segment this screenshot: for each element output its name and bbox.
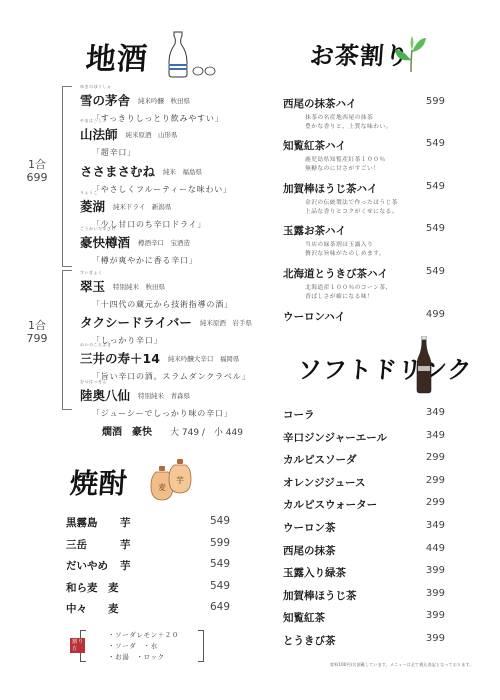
tea-desc: 当店の緑茶割は玉露入り贅沢な旨味がたのしめます。 — [305, 241, 445, 259]
tea-name: ウーロンハイ — [283, 309, 445, 324]
badge-char: 方 — [72, 646, 77, 653]
drink-price: 399 — [426, 633, 445, 644]
tea-price: 549 — [426, 138, 445, 149]
shochu-kind: 芋 — [120, 537, 131, 552]
sake-meta: 特別純米 青森県 — [138, 391, 190, 400]
shochu-kind: 芋 — [120, 558, 131, 573]
soft-drink-row: オレンジジュース299 — [283, 475, 445, 490]
tea-item: 加賀棒ほうじ茶ハイ 549 金沢の伝統製法で作ったほうじ茶上品な香りとコクがくせ… — [283, 181, 445, 217]
drink-price: 299 — [426, 452, 445, 463]
shochu-kind: 芋 — [120, 515, 131, 530]
sake-name: 陸奥八仙 — [80, 386, 130, 404]
drink-price: 299 — [426, 475, 445, 486]
furigana — [80, 306, 252, 312]
sake-name: 山法師 — [80, 125, 118, 143]
wari-options-list: ・ソーダレモン＋２０ ・ソーダ ・水 ・お湯 ・ロック — [108, 630, 179, 663]
group-label-unit: 1合 — [22, 158, 52, 171]
soft-drink-row: コーラ349 — [283, 407, 445, 422]
drink-name: 西尾の抹茶 — [283, 545, 336, 557]
tea-desc-line: 上品な香りとコクがくせになる。 — [305, 208, 445, 217]
shochu-row: 黒霧島 芋 549 — [66, 515, 226, 530]
sake-bottle-icon — [166, 30, 218, 78]
sake-meta: 樽酒辛口 宝酒造 — [138, 238, 190, 247]
tea-leaf-icon — [394, 34, 428, 74]
drink-name: ウーロン茶 — [283, 522, 336, 534]
drink-price: 349 — [426, 430, 445, 441]
soft-drink-row: 玉露入り緑茶399 — [283, 565, 445, 580]
sake-item: すいぎょく 翠玉特別純米 秋田県 「十四代の蔵元から技術指導の酒」 — [80, 270, 233, 310]
tea-price: 549 — [426, 181, 445, 192]
drink-price: 349 — [426, 520, 445, 531]
drink-price: 399 — [426, 588, 445, 599]
sake-item: ごうかいたるざけ 豪快樽酒樽酒辛口 宝酒造 「樽が爽やかに香る辛口」 — [80, 226, 198, 266]
tea-desc-line: 北海道産１００％のコーン茶、 — [305, 284, 445, 293]
sake-meta: 純米原酒 岩手県 — [200, 318, 252, 327]
soft-drink-row: カルピスソーダ299 — [283, 452, 445, 467]
tea-desc-line: 香ばしさが癖になる味！ — [305, 293, 445, 302]
shochu-kind: 麦 — [108, 601, 119, 616]
group-label-price: 799 — [22, 332, 52, 345]
tea-desc: 金沢の伝統製法で作ったほうじ茶上品な香りとコクがくせになる。 — [305, 199, 445, 217]
furigana: ゆきのぼうしゃ — [80, 84, 224, 90]
tea-item: 西尾の抹茶ハイ 599 抹茶の名産地西尾の抹茶豊かな香りと、上質な味わい。 — [283, 96, 445, 132]
sake-item: むつはっせん 陸奥八仙特別純米 青森県 「ジューシーでしっかり味の辛口」 — [80, 379, 232, 419]
tea-desc-line: 無糖なのに甘さがすごい！ — [305, 165, 445, 174]
drink-name: コーラ — [283, 409, 315, 421]
tea-name: 西尾の抹茶ハイ — [283, 96, 445, 111]
furigana: やまはうし — [80, 118, 178, 124]
sake-name: 翠玉 — [80, 277, 105, 295]
shochu-name: 三岳 — [66, 539, 87, 551]
soft-drink-row: ウーロン茶349 — [283, 520, 445, 535]
wari-option: ・ソーダレモン＋２０ — [108, 630, 179, 641]
sake-item: やまはうし 山法師純米原酒 山形県 「超辛口」 — [80, 118, 178, 158]
sake-item: タクシードライバー純米原酒 岩手県 「しっかり辛口」 — [80, 306, 252, 346]
soft-drink-section-title: ソフトドリンク — [297, 350, 474, 385]
tea-price: 599 — [426, 96, 445, 107]
kanzake-row: 燗酒 豪快大 749 / 小 449 — [102, 423, 243, 438]
shochu-row: 和ら麦 麦 549 — [66, 580, 226, 595]
sake-meta: 純米吟醸 秋田県 — [138, 96, 190, 105]
shochu-name: 和ら麦 — [66, 582, 98, 594]
badge-char: り — [78, 639, 83, 646]
bracket-right — [198, 630, 204, 662]
soft-drink-row: 辛口ジンジャーエール349 — [283, 430, 445, 445]
tea-desc: 鹿児島県知覧産紅茶１００％無糖なのに甘さがすごい！ — [305, 156, 445, 174]
sake-meta: 特別純米 秋田県 — [113, 282, 165, 291]
wari-option: ・ソーダ ・水 — [108, 641, 179, 652]
sake-section-title: 地酒 — [84, 34, 149, 78]
shochu-price: 549 — [210, 515, 230, 527]
tea-item: 北海道とうきび茶ハイ 549 北海道産１００％のコーン茶、香ばしさが癖になる味！ — [283, 266, 445, 302]
furigana: りょうこ — [80, 190, 206, 196]
shochu-name: 黒霧島 — [66, 517, 98, 529]
drink-price: 449 — [426, 543, 445, 554]
jar-label-mugi: 麦 — [158, 482, 166, 492]
tea-name: 知覧紅茶ハイ — [283, 138, 445, 153]
kanzake-label: 燗酒 豪快 — [102, 427, 152, 438]
wari-option: ・お湯 ・ロック — [108, 652, 179, 663]
drink-price: 299 — [426, 497, 445, 508]
tea-desc-line: 豊かな香りと、上質な味わい。 — [305, 123, 445, 132]
drink-name: 加賀棒ほうじ茶 — [283, 590, 357, 602]
drink-name: オレンジジュース — [283, 477, 365, 489]
drink-price: 399 — [426, 565, 445, 576]
shochu-row: 三岳 芋 599 — [66, 537, 226, 552]
sake-name: 菱湖 — [80, 197, 105, 215]
shochu-row: だいやめ 芋 549 — [66, 558, 226, 573]
drink-name: 玉露入り緑茶 — [283, 567, 346, 579]
soft-drink-row: とうきび茶399 — [283, 633, 445, 648]
tea-item: ウーロンハイ 499 — [283, 309, 445, 324]
drink-price: 349 — [426, 407, 445, 418]
drink-name: カルピスソーダ — [283, 454, 357, 466]
sake-item: ささまさむね純米 福島県 「やさしくフルーティーな味わい」 — [80, 155, 232, 195]
furigana: みいのことぶき — [80, 342, 250, 348]
furigana: ごうかいたるざけ — [80, 226, 198, 232]
sake-item: みいのことぶき 三井の寿＋14純米吟醸大辛口 福岡県 「旨い辛口の酒。スラムダン… — [80, 342, 250, 382]
footer-note: 席料100円/名頂戴しています。メニューは全て税込表記となっております。 — [330, 662, 474, 668]
sake-name: 雪の茅舎 — [80, 91, 130, 109]
sake-desc: 「樽が爽やかに香る辛口」 — [92, 255, 198, 266]
badge-char: 割 — [72, 639, 77, 646]
soft-drink-row: 加賀棒ほうじ茶399 — [283, 588, 445, 603]
tea-desc-line: 金沢の伝統製法で作ったほうじ茶 — [305, 199, 445, 208]
tea-item: 知覧紅茶ハイ 549 鹿児島県知覧産紅茶１００％無糖なのに甘さがすごい！ — [283, 138, 445, 174]
sake-name: タクシードライバー — [80, 313, 192, 331]
tea-price: 499 — [426, 309, 445, 320]
tea-desc: 北海道産１００％のコーン茶、香ばしさが癖になる味！ — [305, 284, 445, 302]
group-label-799: 1合 799 — [22, 319, 52, 345]
group-bracket-799 — [62, 270, 72, 410]
shochu-price: 599 — [210, 537, 230, 549]
tea-name: 加賀棒ほうじ茶ハイ — [283, 181, 445, 196]
group-bracket-699 — [62, 86, 72, 267]
tea-name: 北海道とうきび茶ハイ — [283, 266, 445, 281]
tea-desc: 抹茶の名産地西尾の抹茶豊かな香りと、上質な味わい。 — [305, 114, 445, 132]
sake-item: りょうこ 菱湖純米ドライ 新潟県 「少し甘口のち辛口ドライ」 — [80, 190, 206, 230]
drink-name: 辛口ジンジャーエール — [283, 432, 387, 444]
group-label-699: 1合 699 — [22, 158, 52, 184]
cola-bottle-icon — [416, 336, 432, 394]
sake-meta: 純米原酒 山形県 — [126, 130, 178, 139]
furigana — [80, 155, 232, 161]
tea-price: 549 — [426, 223, 445, 234]
shochu-price: 649 — [210, 601, 230, 613]
shochu-row: 中々 麦 649 — [66, 601, 226, 616]
kanzake-price: 大 749 / 小 449 — [170, 428, 243, 438]
shochu-price: 549 — [210, 580, 230, 592]
group-label-unit: 1合 — [22, 319, 52, 332]
tea-price: 549 — [426, 266, 445, 277]
soft-drink-row: カルピスウォーター299 — [283, 497, 445, 512]
tea-item: 玉露お茶ハイ 549 当店の緑茶割は玉露入り贅沢な旨味がたのしめます。 — [283, 223, 445, 259]
drink-name: カルピスウォーター — [283, 499, 377, 511]
sake-meta: 純米ドライ 新潟県 — [113, 202, 171, 211]
drink-name: とうきび茶 — [283, 635, 336, 647]
soft-drink-row: 知覧紅茶399 — [283, 610, 445, 625]
shochu-price: 549 — [210, 558, 230, 570]
drink-name: 知覧紅茶 — [283, 612, 325, 624]
sake-meta: 純米吟醸大辛口 福岡県 — [168, 354, 240, 363]
tea-desc-line: 鹿児島県知覧産紅茶１００％ — [305, 156, 445, 165]
sake-desc: 「ジューシーでしっかり味の辛口」 — [92, 408, 232, 419]
shochu-kind: 麦 — [108, 580, 119, 595]
sake-name: 豪快樽酒 — [80, 233, 130, 251]
shochu-jars-icon: 麦 芋 — [150, 458, 195, 504]
sake-name: ささまさむね — [80, 162, 155, 180]
shochu-name: 中々 — [66, 603, 87, 615]
soft-drink-row: 西尾の抹茶449 — [283, 543, 445, 558]
wari-badge: 割り 方 — [70, 638, 85, 653]
tea-desc-line: 贅沢な旨味がたのしめます。 — [305, 250, 445, 259]
tea-desc-line: 当店の緑茶割は玉露入り — [305, 241, 445, 250]
furigana: むつはっせん — [80, 379, 232, 385]
sake-name: 三井の寿＋14 — [80, 349, 160, 367]
furigana: すいぎょく — [80, 270, 233, 276]
tea-desc-line: 抹茶の名産地西尾の抹茶 — [305, 114, 445, 123]
shochu-name: だいやめ — [66, 560, 108, 572]
shochu-section-title: 焼酎 — [69, 462, 130, 502]
drink-price: 399 — [426, 610, 445, 621]
tea-name: 玉露お茶ハイ — [283, 223, 445, 238]
group-label-price: 699 — [22, 171, 52, 184]
sake-meta: 純米 福島県 — [163, 167, 202, 176]
jar-label-imo: 芋 — [176, 475, 184, 485]
